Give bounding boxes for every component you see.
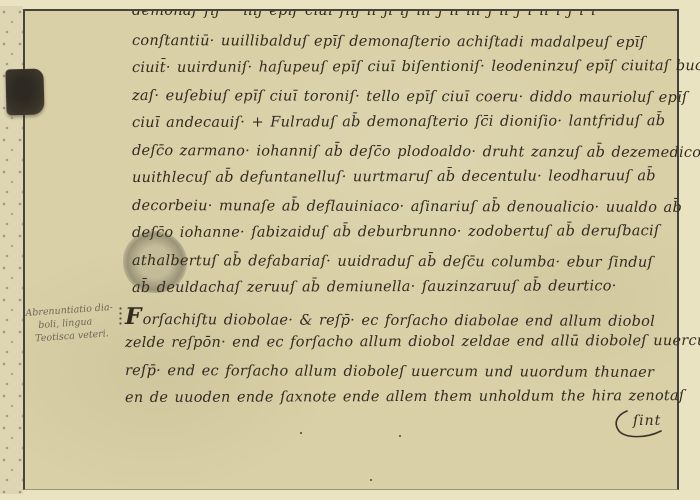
manuscript-line: ciuit̄· uuirduniſ· haſupeuſ epīſ ciuī bi…	[132, 53, 700, 82]
speck	[399, 435, 401, 437]
manuscript-line: conſtantiū· uuillibalduſ epīſ demonaſter…	[132, 28, 645, 57]
manuscript-line: uuithlecuſ ab̄ defuntanelluſ· uurtmaruſ …	[132, 163, 656, 192]
manuscript-photo: demonaſ ſıȷ ·· ıııȷ epıſ cıuı ſııȷ ıı ȷı…	[23, 9, 679, 490]
old-saxon-line-2: zelde reſpōn· end ec forſacho allum diob…	[125, 328, 700, 357]
old-saxon-text: orſachiſtu diobolae· & reſp̄· ec forſach…	[143, 312, 656, 330]
speck	[300, 432, 302, 434]
speck	[370, 479, 372, 481]
manuscript-line-cropped: demonaſ ſıȷ ·· ıııȷ epıſ cıuı ſııȷ ıı ȷı…	[132, 11, 596, 23]
facsimile-page: { "figure": { "kind": "photographic facs…	[0, 0, 700, 500]
manuscript-line: deſc̄o iohanne· ſabizaiduſ ab̄ deburbrun…	[132, 218, 660, 247]
finit-text: ſint	[633, 413, 661, 429]
manuscript-line: ciuī andecauiſ· + Fulraduſ ab̄ demonaſte…	[132, 108, 665, 137]
cropped-line-fragment: demonaſ ſıȷ ·· ıııȷ epıſ cıuı ſııȷ ıı ȷı…	[132, 11, 596, 23]
facsimile-scene: demonaſ ſıȷ ·· ıııȷ epıſ cıuı ſııȷ ıı ȷı…	[0, 0, 700, 500]
leather-edge-tab	[5, 69, 44, 116]
manuscript-line: ab̄ deuldachaſ zeruuſ ab̄ demiunella· ſa…	[132, 273, 617, 302]
finit-word: ſint	[611, 409, 681, 449]
old-saxon-line-4: en de uuoden ende ſaxnote ende allem the…	[125, 383, 685, 412]
